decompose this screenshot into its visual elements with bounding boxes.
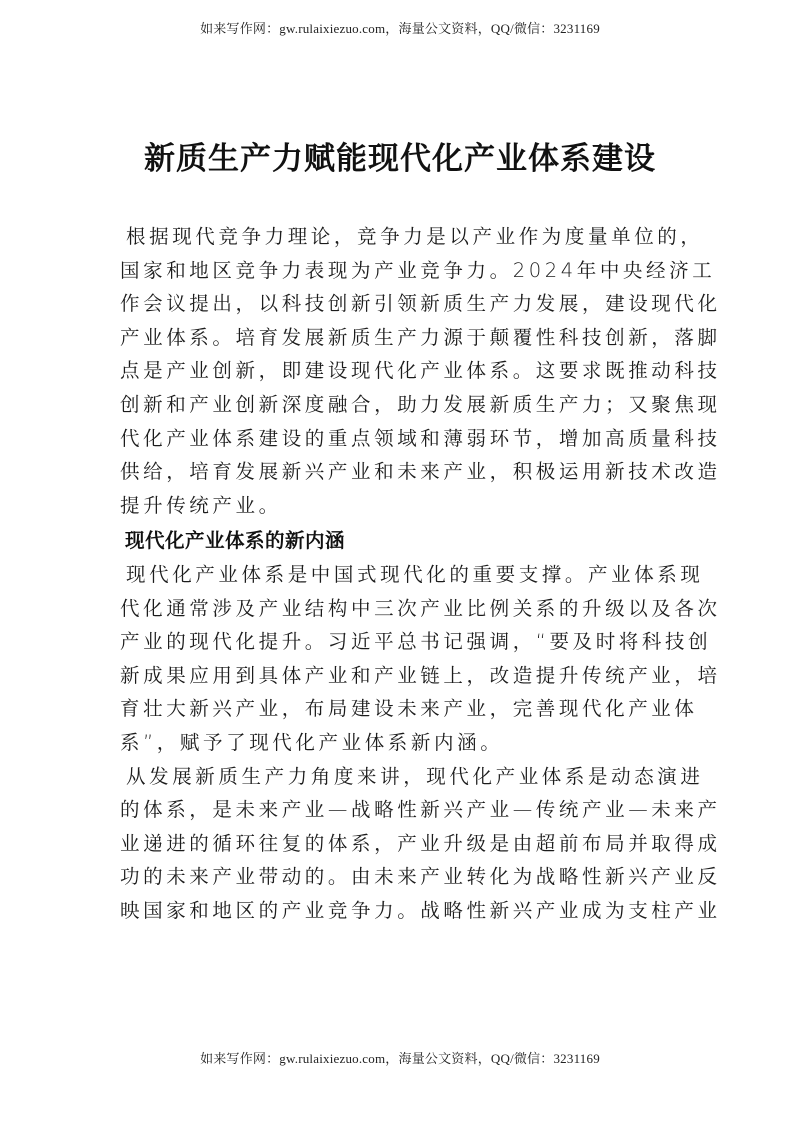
text-line: 作会议提出，以科技创新引领新质生产力发展，建设现代化 — [120, 287, 683, 321]
page-footer: 如来写作网：gw.rulaixiezuo.com，海量公文资料，QQ/微信：32… — [0, 1048, 800, 1067]
text-line: 点是产业创新，即建设现代化产业体系。这要求既推动科技 — [120, 354, 683, 388]
text-line: 育壮大新兴产业，布局建设未来产业，完善现代化产业体 — [120, 692, 683, 726]
section-paragraph-2: 从发展新质生产力角度来讲，现代化产业体系是动态演进 的体系，是未来产业—战略性新… — [120, 760, 683, 928]
section-heading: 现代化产业体系的新内涵 — [120, 524, 683, 558]
document-body: 根据现代竞争力理论，竞争力是以产业作为度量单位的， 国家和地区竞争力表现为产业竞… — [120, 220, 683, 927]
text-line: 提升传统产业。 — [120, 489, 683, 523]
text-line: 代化产业体系建设的重点领域和薄弱环节，增加高质量科技 — [120, 422, 683, 456]
text-line: 业递进的循环往复的体系，产业升级是由超前布局并取得成 — [120, 827, 683, 861]
text-line: 供给，培育发展新兴产业和未来产业，积极运用新技术改造 — [120, 455, 683, 489]
text-line: 功的未来产业带动的。由未来产业转化为战略性新兴产业反 — [120, 860, 683, 894]
text-line: 从发展新质生产力角度来讲，现代化产业体系是动态演进 — [120, 760, 683, 794]
text-line: 国家和地区竞争力表现为产业竞争力。2024年中央经济工 — [120, 254, 683, 288]
section-paragraph-1: 现代化产业体系是中国式现代化的重要支撑。产业体系现 代化通常涉及产业结构中三次产… — [120, 558, 683, 760]
text-line: 现代化产业体系是中国式现代化的重要支撑。产业体系现 — [120, 558, 683, 592]
intro-paragraph: 根据现代竞争力理论，竞争力是以产业作为度量单位的， 国家和地区竞争力表现为产业竞… — [120, 220, 683, 522]
text-line: 映国家和地区的产业竞争力。战略性新兴产业成为支柱产业 — [120, 894, 683, 928]
text-line: 产业体系。培育发展新质生产力源于颠覆性科技创新，落脚 — [120, 321, 683, 355]
text-line: 创新和产业创新深度融合，助力发展新质生产力；又聚焦现 — [120, 388, 683, 422]
page-header: 如来写作网：gw.rulaixiezuo.com，海量公文资料，QQ/微信：32… — [0, 18, 800, 37]
document-title: 新质生产力赋能现代化产业体系建设 — [0, 133, 800, 178]
text-line: 根据现代竞争力理论，竞争力是以产业作为度量单位的， — [120, 220, 683, 254]
text-line: 系”，赋予了现代化产业体系新内涵。 — [120, 726, 683, 760]
text-line: 的体系，是未来产业—战略性新兴产业—传统产业—未来产 — [120, 793, 683, 827]
text-line: 代化通常涉及产业结构中三次产业比例关系的升级以及各次 — [120, 592, 683, 626]
text-line: 新成果应用到具体产业和产业链上，改造提升传统产业，培 — [120, 659, 683, 693]
text-line: 产业的现代化提升。习近平总书记强调，“要及时将科技创 — [120, 625, 683, 659]
